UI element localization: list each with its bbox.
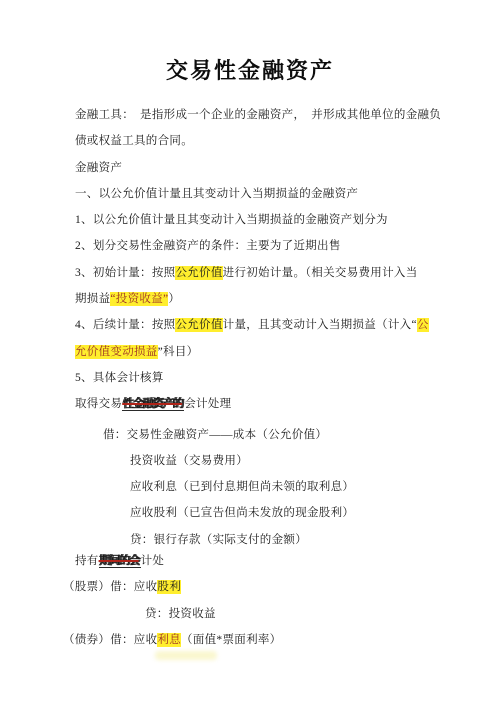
document-page: 交易性金融资产 金融工具： 是指形成一个企业的金融资产， 并形成其他单位的金融负… — [0, 0, 500, 707]
doc-line: 一、以公允价值计量且其变动计入当期损益的金融资产 — [75, 181, 445, 207]
doc-text: ） — [168, 293, 180, 305]
doc-text: 2、划分交易性金融资产的条件：主要为了近期出售 — [75, 240, 341, 252]
doc-line: 取得交易性金融资产的会计处理 — [75, 391, 445, 417]
doc-line: 金融资产 — [75, 155, 445, 181]
doc-line: 3、初始计量：按照公允价值进行初始计量。（相关交易费用计入当 — [75, 260, 445, 286]
garbled-strikethrough-text: 性金融资产的 — [122, 398, 184, 411]
doc-text: （债券）借：应收 — [63, 634, 157, 646]
doc-line: 债或权益工具的合同。 — [75, 128, 445, 154]
doc-text: 贷：投资收益 — [145, 608, 216, 620]
doc-text: 期损益 — [75, 293, 110, 305]
doc-text: 1、以公允价值计量且其变动计入当期损益的金融资产划分为 — [75, 214, 388, 226]
doc-text: 投资收益（交易费用） — [130, 455, 248, 467]
highlighted-text: 利息 — [157, 633, 181, 647]
doc-line: 1、以公允价值计量且其变动计入当期损益的金融资产划分为 — [75, 207, 445, 233]
doc-text: 会计处理 — [184, 398, 231, 410]
doc-line: 投资收益（交易费用） — [75, 448, 445, 474]
highlighted-text: 允价值变动损益 — [75, 345, 158, 359]
highlighted-text: 公允价值 — [175, 266, 222, 280]
doc-text: 5、具体会计核算 — [75, 372, 164, 384]
doc-text: 一、以公允价值计量且其变动计入当期损益的金融资产 — [75, 188, 358, 200]
garbled-strikethrough-text: 期间的会 — [99, 555, 141, 568]
doc-text: 3、初始计量：按照 — [75, 267, 175, 279]
doc-line: 金融工具： 是指形成一个企业的金融资产， 并形成其他单位的金融负 — [75, 102, 445, 128]
doc-text: 持有 — [75, 555, 99, 567]
doc-line: 2、划分交易性金融资产的条件：主要为了近期出售 — [75, 233, 445, 259]
doc-line: 应收利息（已到付息期但尚未领的取利息） — [75, 474, 445, 500]
doc-text: 应收利息（已到付息期但尚未领的取利息） — [130, 481, 354, 493]
doc-text: 金融资产 — [75, 162, 122, 174]
page-title: 交易性金融资产 — [0, 0, 500, 85]
doc-line: 贷：投资收益 — [75, 601, 445, 627]
doc-text: 进行初始计量。（相关交易费用计入当 — [223, 267, 418, 279]
doc-text: 金融工具： 是指形成一个企业的金融资产， 并形成其他单位的金融负 — [75, 109, 441, 121]
doc-text: （面值*票面利率） — [181, 634, 281, 646]
doc-line: 期损益“投资收益”） — [75, 286, 445, 312]
doc-line: （债券）借：应收利息（面值*票面利率） — [63, 627, 445, 653]
doc-text: 借：交易性金融资产——成本（公允价值） — [103, 429, 327, 441]
doc-line: 应收股利（已宣告但尚未发放的现金股利） — [75, 500, 445, 526]
doc-text: （股票）借：应收 — [63, 581, 157, 593]
doc-text: 贷：银行存款（实际支付的金额） — [130, 534, 307, 546]
doc-text: 应收股利（已宣告但尚未发放的现金股利） — [130, 507, 354, 519]
highlighted-text: 股利 — [157, 580, 181, 594]
doc-text: 债或权益工具的合同。 — [75, 135, 193, 147]
highlighted-text: “投资收益” — [110, 292, 168, 306]
highlighted-text: 公 — [417, 318, 429, 332]
doc-text: 取得交易 — [75, 398, 122, 410]
doc-line: 5、具体会计核算 — [75, 365, 445, 391]
doc-body: 金融工具： 是指形成一个企业的金融资产， 并形成其他单位的金融负债或权益工具的合… — [0, 85, 500, 653]
doc-line: 允价值变动损益”科目） — [75, 339, 445, 365]
doc-text: 计量，且其变动计入当期损益（计入“ — [223, 319, 417, 331]
doc-line: （股票）借：应收股利 — [63, 574, 445, 600]
doc-text: ”科目） — [158, 346, 199, 358]
doc-line: 4、后续计量：按照公允价值计量，且其变动计入当期损益（计入“公 — [75, 312, 445, 338]
highlighted-text: 公允价值 — [175, 318, 222, 332]
highlight-smudge-artifact — [155, 651, 217, 660]
doc-text: 4、后续计量：按照 — [75, 319, 175, 331]
doc-text: 计处 — [141, 555, 165, 567]
doc-line: 借：交易性金融资产——成本（公允价值） — [75, 422, 445, 448]
